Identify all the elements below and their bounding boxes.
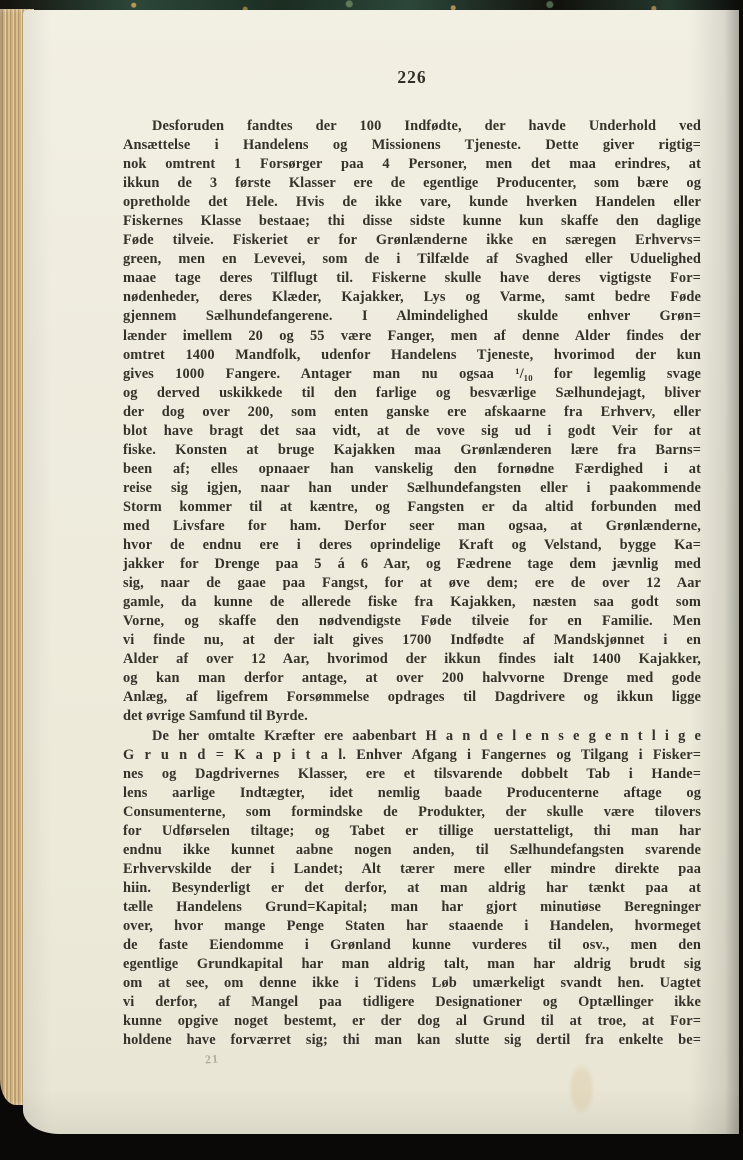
text-line: endnu ikke kunnet aabne nogen anden, til… <box>123 841 701 860</box>
text-line: blot have bragt det saa vidt, at de vove… <box>123 422 701 441</box>
text-line: Erhvervskilde der i Landet; Alt tærer me… <box>123 860 701 879</box>
text-line: det øvrige Samfund til Byrde. <box>123 707 701 726</box>
text-line: reise sig igjen, naar han under Sælhunde… <box>123 479 701 498</box>
text-line: nes og Dagdrivernes Klasser, ere et tils… <box>123 765 701 784</box>
text-block: Desforuden fandtes der 100 Indfødte, der… <box>123 117 701 1050</box>
text-line: Storm kommer til at kæntre, og Fangsten … <box>123 498 701 517</box>
text-line: kunne opgive noget bestemt, er der dog a… <box>123 1012 701 1031</box>
text-line: omtret 1400 Mandfolk, udenfor Handelens … <box>123 346 701 365</box>
text-line: gives 1000 Fangere. Antager man nu ogsaa… <box>123 365 701 384</box>
text-line: gjennem Sælhundefangerene. I Almindeligh… <box>123 307 701 326</box>
text-line: hvor de endnu ere i deres oprindelige Kr… <box>123 536 701 555</box>
text-line: nok omtrent 1 Forsørger paa 4 Personer, … <box>123 155 701 174</box>
text-line: holdene have forværret sig; thi man kan … <box>123 1031 701 1050</box>
text-line: Føde tilveie. Fiskeriet er for Grønlænde… <box>123 231 701 250</box>
text-line: jakker for Drenge paa 5 á 6 Aar, og Fædr… <box>123 555 701 574</box>
text-line: G r u n d = K a p i t a l. Enhver Afgang… <box>123 746 701 765</box>
text-line: og kan man derfor antage, at over 200 ha… <box>123 669 701 688</box>
text-line: opretholde det Hele. Hvis de ikke vare, … <box>123 193 701 212</box>
text-line: med Livsfare for ham. Derfor seer man og… <box>123 517 701 536</box>
text-line: Consumenterne, som formindske de Produkt… <box>123 803 701 822</box>
text-line: egentlige Grundkapital har man aldrig ta… <box>123 955 701 974</box>
text-line: nødenheder, deres Klæder, Kajakker, Lys … <box>123 288 701 307</box>
text-line: lænder imellem 20 og 55 være Fanger, men… <box>123 327 701 346</box>
page-number: 226 <box>123 67 701 88</box>
text-line: gamle, da kunne de allerede fiske fra Ka… <box>123 593 701 612</box>
text-line: Ansættelse i Handelens og Missionens Tje… <box>123 136 701 155</box>
text-line: Fiskernes Klasse bestaae; thi disse sids… <box>123 212 701 231</box>
text-line: lens aarlige Indtægter, idet nemlig baad… <box>123 784 701 803</box>
text-line: Vorne, og skaffe den nødvendigste Føde t… <box>123 612 701 631</box>
text-line: vi derfor, af Mangel paa tidligere Desig… <box>123 993 701 1012</box>
text-line: ikkun de 3 første Klasser ere de egentli… <box>123 174 701 193</box>
text-line: fiske. Konsten at bruge Kajakken maa Grø… <box>123 441 701 460</box>
text-line: hiin. Besynderligt er det derfor, at man… <box>123 879 701 898</box>
page-sheet: 226 Desforuden fandtes der 100 Indfødte,… <box>23 10 739 1134</box>
text-line: De her omtalte Kræfter ere aabenbart H a… <box>123 727 701 746</box>
text-line: maae tage deres Tilflugt til. Fiskerne s… <box>123 269 701 288</box>
text-line: over, hvor mange Penge Staten har staaen… <box>123 917 701 936</box>
text-line: green, men en Levevei, som de i Tilfælde… <box>123 250 701 269</box>
text-line: om at see, om denne ikke i Tidens Løb um… <box>123 974 701 993</box>
text-line: for Udførselen tiltage; og Tabet er till… <box>123 822 701 841</box>
text-line: der dog over 200, som enten ganske ere a… <box>123 403 701 422</box>
text-line: sig, naar de gaae paa Fangst, for at øve… <box>123 574 701 593</box>
text-line: og derved uskikkede til den farlige og b… <box>123 384 701 403</box>
scanned-page-photo: 226 Desforuden fandtes der 100 Indfødte,… <box>0 0 743 1160</box>
text-line: vi finde nu, at der ialt gives 1700 Indf… <box>123 631 701 650</box>
text-line: de faste Eiendomme i Grønland kunne vurd… <box>123 936 701 955</box>
text-line: Anlæg, af ligefrem Forsømmelse opdrages … <box>123 688 701 707</box>
text-line: Desforuden fandtes der 100 Indfødte, der… <box>123 117 701 136</box>
text-line: Alder af over 12 Aar, hvorimod der ikkun… <box>123 650 701 669</box>
bleed-through-mark: 21 <box>204 1052 219 1068</box>
text-line: tælle Handelens Grund=Kapital; man har g… <box>123 898 701 917</box>
text-line: been af; elles opnaaer han vanskelig den… <box>123 460 701 479</box>
